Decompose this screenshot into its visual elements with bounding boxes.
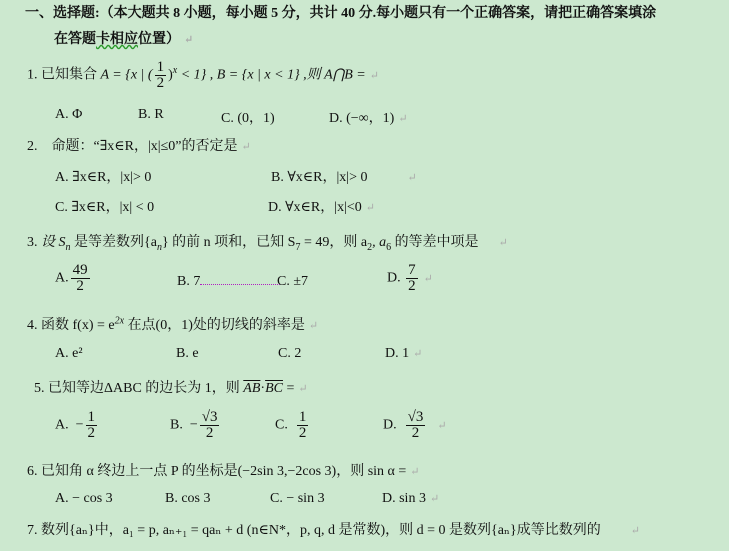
q6-option-a: A. − cos 3 (55, 491, 113, 507)
stem-text: 已知等边ΔABC 的边长为 1，则 (48, 381, 240, 396)
paragraph-mark-icon: ↵ (242, 141, 251, 153)
q2-option-b: B. ∀x∈R，|x|> 0↵ (271, 166, 417, 186)
q2-option-a: A. ∃x∈R，|x|> 0 (55, 166, 151, 186)
option-text: D. ∀x∈R，|x|<0 (268, 200, 362, 215)
question-number: 4. (27, 318, 38, 333)
option-label: C. (275, 418, 288, 433)
stem-math: 函数 f(x) = e (41, 318, 115, 333)
frac-den: 2 (71, 279, 90, 294)
frac-den: 2 (200, 426, 220, 441)
stem-text: 的等差中项是 (391, 235, 479, 250)
q3-option-a: A.492 (55, 263, 92, 294)
question-number: 5. (34, 381, 45, 396)
frac-den: 2 (155, 76, 167, 91)
option-text: D. (−∞，1) (329, 111, 394, 126)
q6-option-d: D. sin 3↵ (382, 491, 439, 507)
stem-math: A = {x | ( (101, 68, 153, 83)
frac-num: 49 (71, 263, 90, 279)
stem-text: = 49，则 a (300, 235, 367, 250)
fraction: 492 (71, 263, 90, 294)
question-5-stem: 5. 已知等边ΔABC 的边长为 1，则 AB·BC =↵ (34, 377, 308, 397)
q4-option-a: A. e² (55, 346, 83, 362)
question-1-stem: 1. 已知集合 A = {x | (12)x < 1} , B = {x | x… (27, 60, 379, 91)
vector-bc: BC (265, 381, 283, 396)
question-4-stem: 4. 函数 f(x) = e2x 在点(0，1)处的切线的斜率是↵ (27, 314, 318, 334)
q3-option-b: B. 7 (177, 274, 280, 290)
paragraph-mark-icon: ↵ (499, 237, 508, 249)
frac-num: √3 (406, 410, 426, 426)
paragraph-mark-icon: ↵ (424, 273, 433, 285)
frac-num: 1 (155, 60, 167, 76)
paragraph-mark-icon: ↵ (408, 172, 417, 184)
stem-sup: 2x (115, 315, 124, 326)
q3-option-c: C. ±7 (277, 274, 308, 290)
q1-option-b: B. R (138, 107, 164, 123)
paragraph-mark-icon: ↵ (398, 113, 407, 125)
q4-option-d: D. 1↵ (385, 346, 422, 362)
option-text: D. sin 3 (382, 491, 426, 506)
q6-option-b: B. cos 3 (165, 491, 211, 507)
fraction: √32 (406, 410, 426, 441)
q1-option-c: C. (0，1) (221, 107, 275, 127)
q4-option-b: B. e (176, 346, 199, 362)
section-heading-line1: 一、选择题:（本大题共 8 小题，每小题 5 分，共计 40 分.每小题只有一个… (25, 2, 656, 22)
minus-sign: − (190, 418, 198, 433)
q6-option-c: C. − sin 3 (270, 491, 325, 507)
fraction: 12 (297, 410, 309, 441)
q5-option-c: C. 12 (275, 410, 310, 441)
option-text: B. ∀x∈R，|x|> 0 (271, 170, 368, 185)
stem-math: 设 S (41, 235, 66, 250)
option-label: D. (383, 418, 397, 433)
heading-text: 位置） (138, 32, 180, 47)
paragraph-mark-icon: ↵ (410, 466, 419, 478)
option-label: B. (170, 418, 183, 433)
q2-option-d: D. ∀x∈R，|x|<0↵ (268, 196, 375, 216)
option-text: D. 1 (385, 346, 409, 361)
q4-option-c: C. 2 (278, 346, 301, 362)
fraction: 12 (86, 410, 98, 441)
paragraph-mark-icon: ↵ (366, 202, 375, 214)
frac-num: √3 (200, 410, 220, 426)
paragraph-mark-icon: ↵ (184, 34, 193, 46)
stem-text: } 的前 n 项和，已知 S (162, 235, 296, 250)
q5-option-d: D. √32↵ (383, 410, 447, 441)
frac-den: 2 (297, 426, 309, 441)
vector-ab: AB (243, 381, 260, 396)
question-number: 1. (27, 68, 38, 83)
q5-option-a: A. −12 (55, 410, 99, 441)
question-7-stem: 7. 数列{aₙ}中，a₁ = p, aₙ₊₁ = qaₙ + d (n∈N*，… (27, 519, 640, 539)
paragraph-mark-icon: ↵ (437, 420, 446, 432)
q3-option-d: D. 72↵ (387, 263, 433, 294)
stem-text: = (283, 381, 294, 396)
q1-option-a: A. Φ (55, 107, 82, 123)
question-6-stem: 6. 已知角 α 终边上一点 P 的坐标是(−2sin 3,−2cos 3)，则… (27, 460, 420, 480)
frac-num: 1 (297, 410, 309, 426)
q2-option-c: C. ∃x∈R，|x| < 0 (55, 196, 154, 216)
stem-text: 数列{aₙ}中，a₁ = p, aₙ₊₁ = qaₙ + d (n∈N*，p, … (41, 523, 601, 538)
question-number: 6. (27, 464, 38, 479)
frac-den: 2 (86, 426, 98, 441)
fraction: √32 (200, 410, 220, 441)
dotted-underline (200, 274, 280, 285)
question-number: 7. (27, 523, 38, 538)
paragraph-mark-icon: ↵ (631, 525, 640, 537)
question-number: 2. (27, 139, 38, 154)
frac-den: 2 (406, 279, 418, 294)
frac-den: 2 (406, 426, 426, 441)
section-heading-line2: 在答题卡相应位置）↵ (54, 28, 193, 48)
fraction: 12 (155, 60, 167, 91)
q1-option-d: D. (−∞，1)↵ (329, 107, 408, 127)
heading-text-spellcheck: 卡相应 (96, 32, 138, 47)
minus-sign: − (76, 418, 84, 433)
option-text: B. 7 (177, 274, 200, 289)
option-label: A. (55, 271, 69, 286)
question-2-stem: 2. 命题：“∃x∈R，|x|≤0”的否定是↵ (27, 135, 251, 155)
stem-text: 是等差数列{a (71, 235, 157, 250)
paragraph-mark-icon: ↵ (309, 320, 318, 332)
stem-math: < 1} , B = {x | x < 1} ,则 A⋂B = (177, 68, 366, 83)
heading-text: 在答题 (54, 32, 96, 47)
paragraph-mark-icon: ↵ (413, 348, 422, 360)
paragraph-mark-icon: ↵ (298, 383, 307, 395)
option-label: A. (55, 418, 69, 433)
frac-num: 1 (86, 410, 98, 426)
option-label: D. (387, 271, 401, 286)
q5-option-b: B. −√32 (170, 410, 221, 441)
question-number: 3. (27, 235, 38, 250)
stem-text: 已知集合 (41, 68, 97, 83)
stem-text: 命题：“∃x∈R，|x|≤0”的否定是 (52, 139, 238, 154)
stem-text: 在点(0，1)处的切线的斜率是 (124, 318, 305, 333)
paragraph-mark-icon: ↵ (370, 70, 379, 82)
paragraph-mark-icon: ↵ (430, 493, 439, 505)
frac-num: 7 (406, 263, 418, 279)
stem-math: , a (372, 235, 386, 250)
question-3-stem: 3. 设 Sn 是等差数列{an} 的前 n 项和，已知 S7 = 49，则 a… (27, 231, 508, 253)
fraction: 72 (406, 263, 418, 294)
stem-text: 已知角 α 终边上一点 P 的坐标是(−2sin 3,−2cos 3)，则 si… (41, 464, 406, 479)
